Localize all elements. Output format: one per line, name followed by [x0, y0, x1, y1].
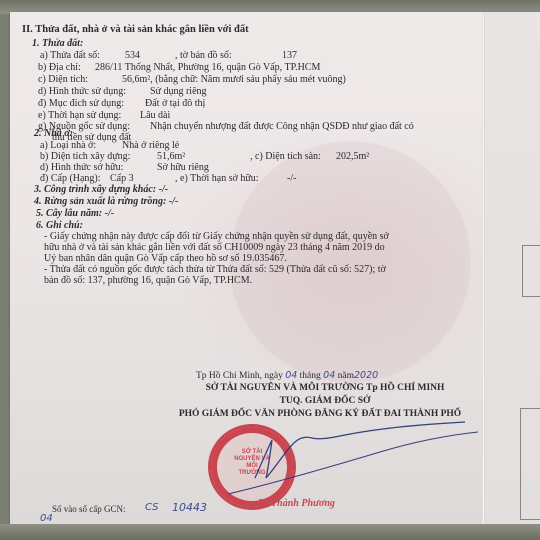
registry-prefix: CS	[145, 502, 159, 513]
signer-name: Lê Thành Phương	[258, 498, 335, 509]
signature-icon	[0, 0, 540, 540]
registry-label: Số vào sổ cấp GCN:	[52, 504, 126, 514]
registry-number: 10443	[172, 501, 207, 514]
registry-margin-note: 04	[40, 513, 53, 524]
